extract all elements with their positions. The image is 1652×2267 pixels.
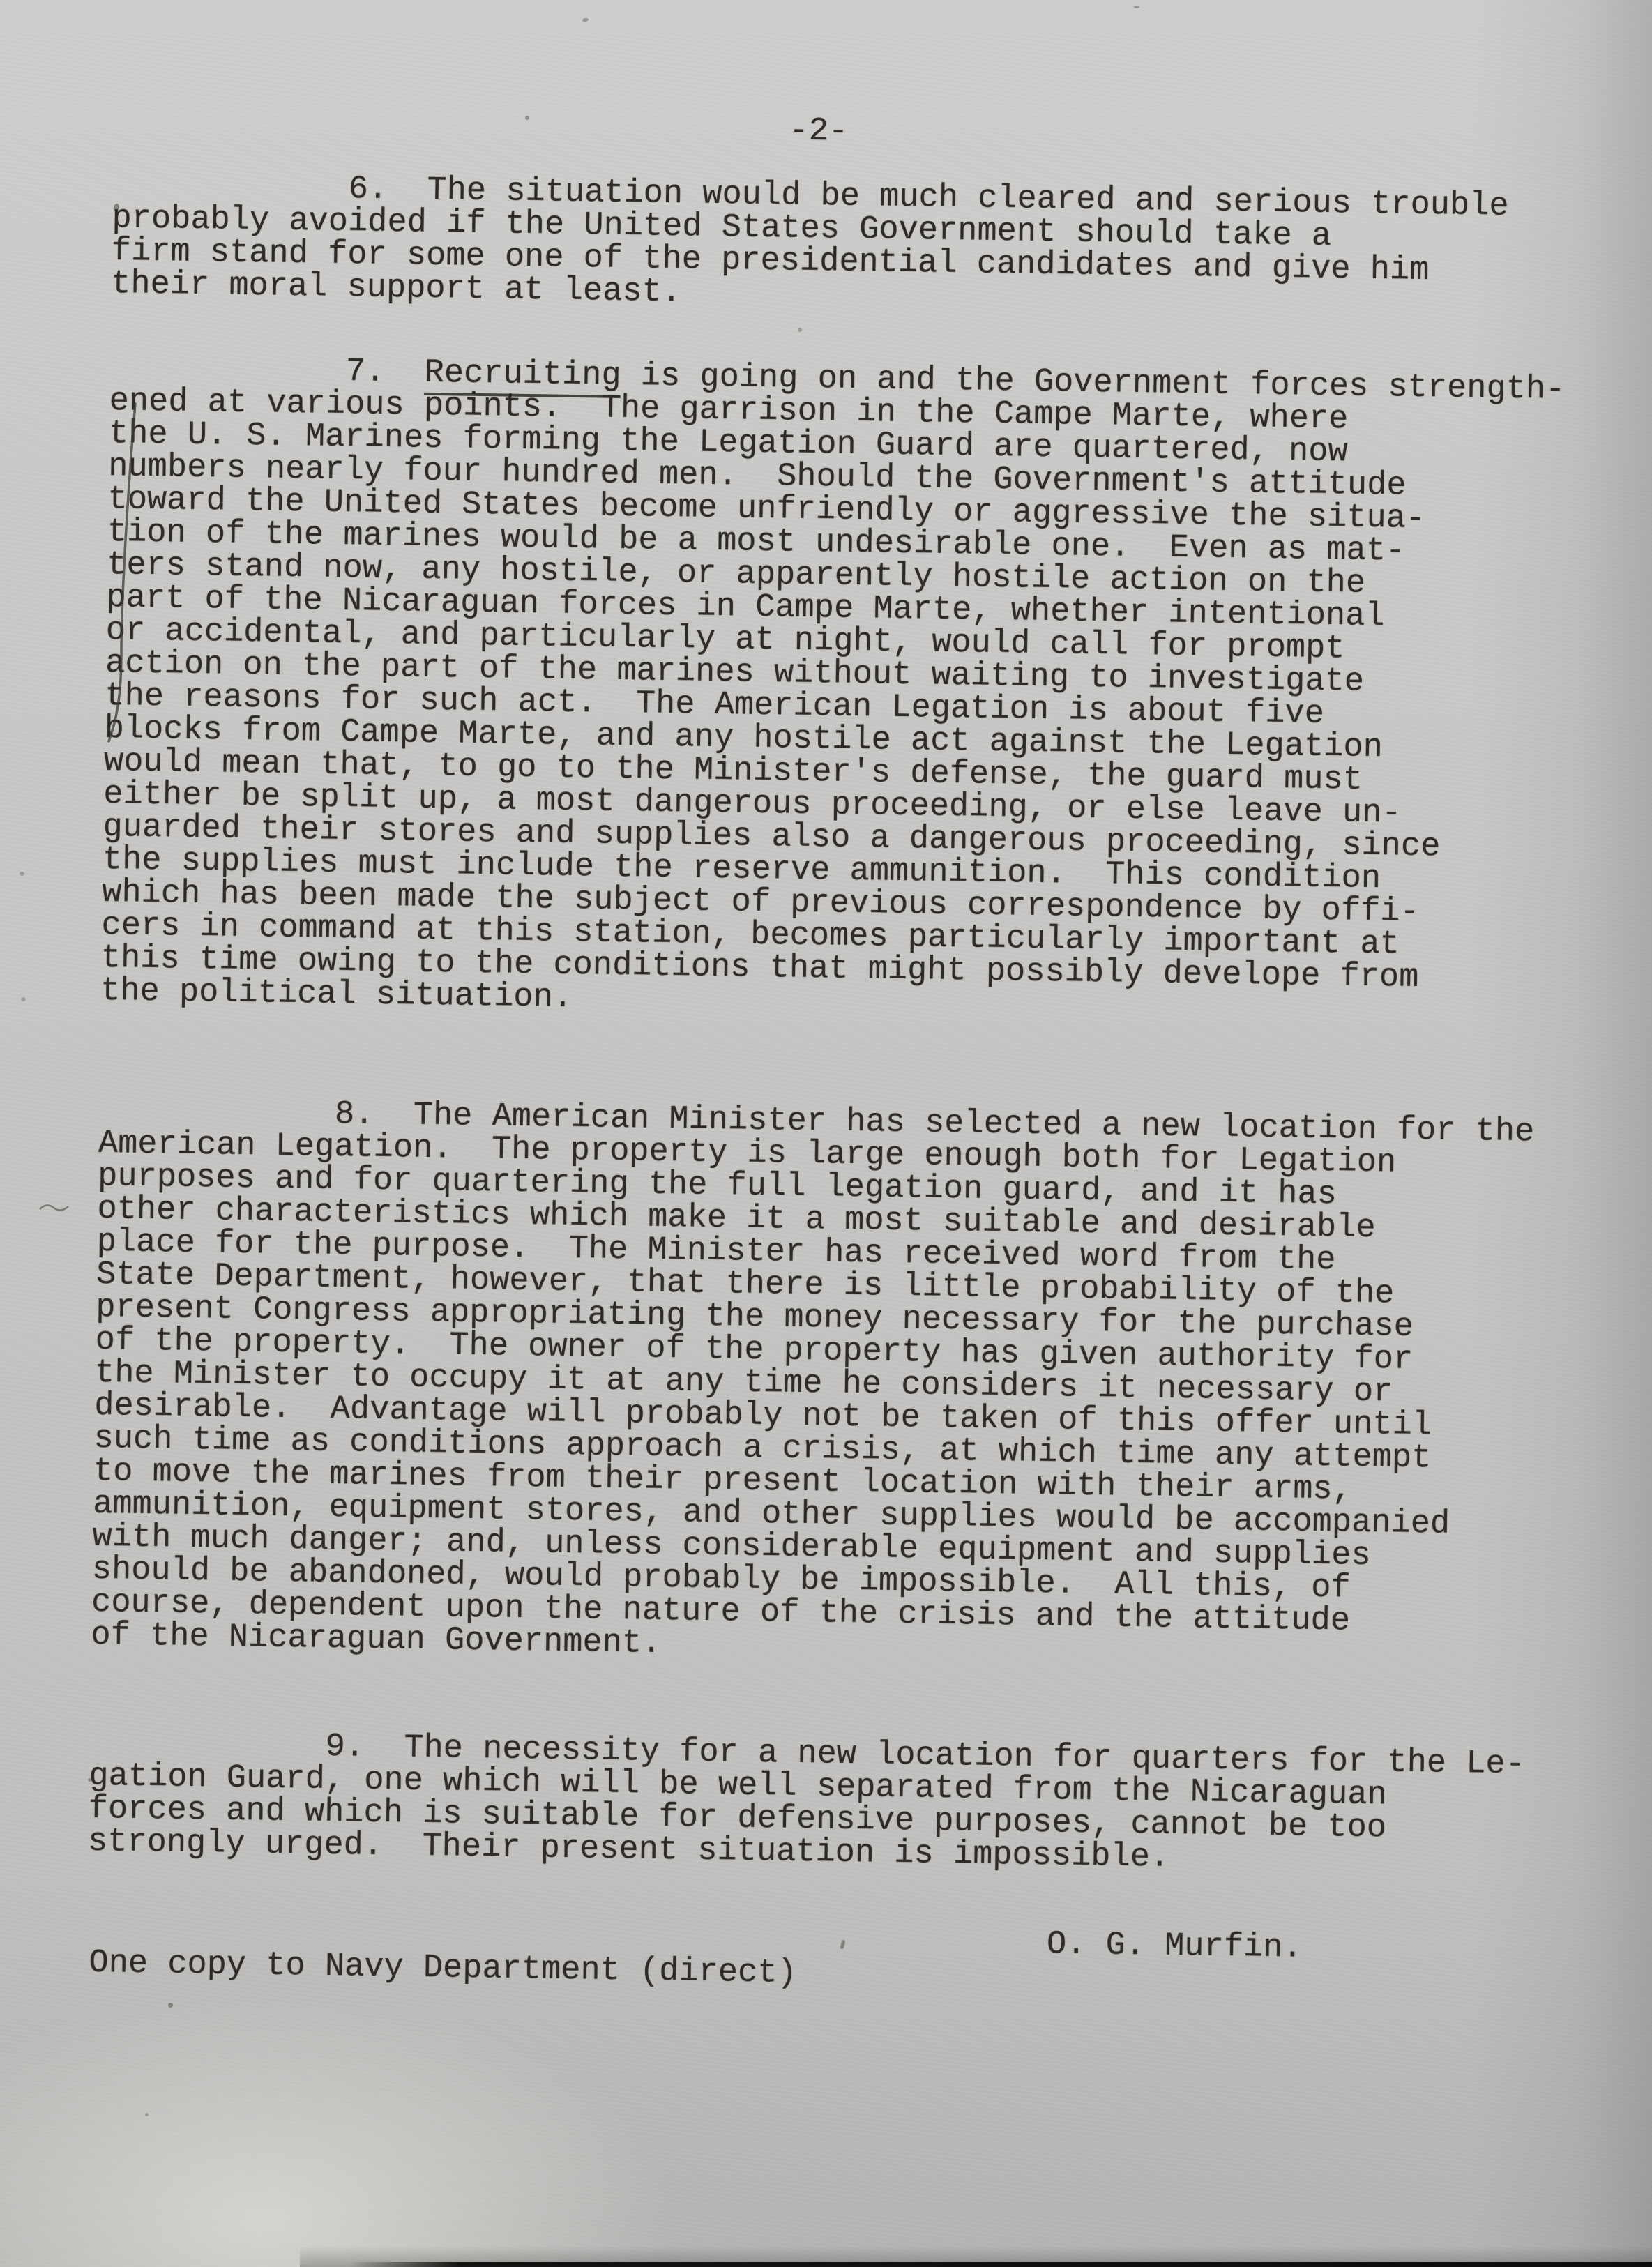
typewritten-content: -2- 6. The situation would be much clear…: [80, 105, 1614, 2002]
ink-speck: [21, 997, 26, 1001]
ink-speck: [20, 872, 24, 876]
page-number: -2-: [789, 114, 1614, 160]
ink-speck: [145, 2113, 149, 2116]
margin-squiggle-mark: [38, 1201, 70, 1215]
ink-speck: [582, 17, 589, 22]
paragraph-6: 6. The situation would be much cleared a…: [111, 169, 1614, 323]
ink-speck: [168, 2003, 173, 2008]
scan-edge-strip: [349, 2262, 1652, 2267]
ink-speck: [1134, 6, 1139, 8]
document-page: -2- 6. The situation would be much clear…: [0, 0, 1652, 2267]
paragraph-8: 8. The American Minister has selected a …: [91, 1095, 1600, 1674]
paragraph-7: 7. Recruiting is going on and the Govern…: [100, 352, 1611, 1030]
signature: O. G. Murfin.: [1047, 1928, 1588, 1969]
paragraph-9: 9. The necessity for a new location for …: [88, 1727, 1591, 1881]
